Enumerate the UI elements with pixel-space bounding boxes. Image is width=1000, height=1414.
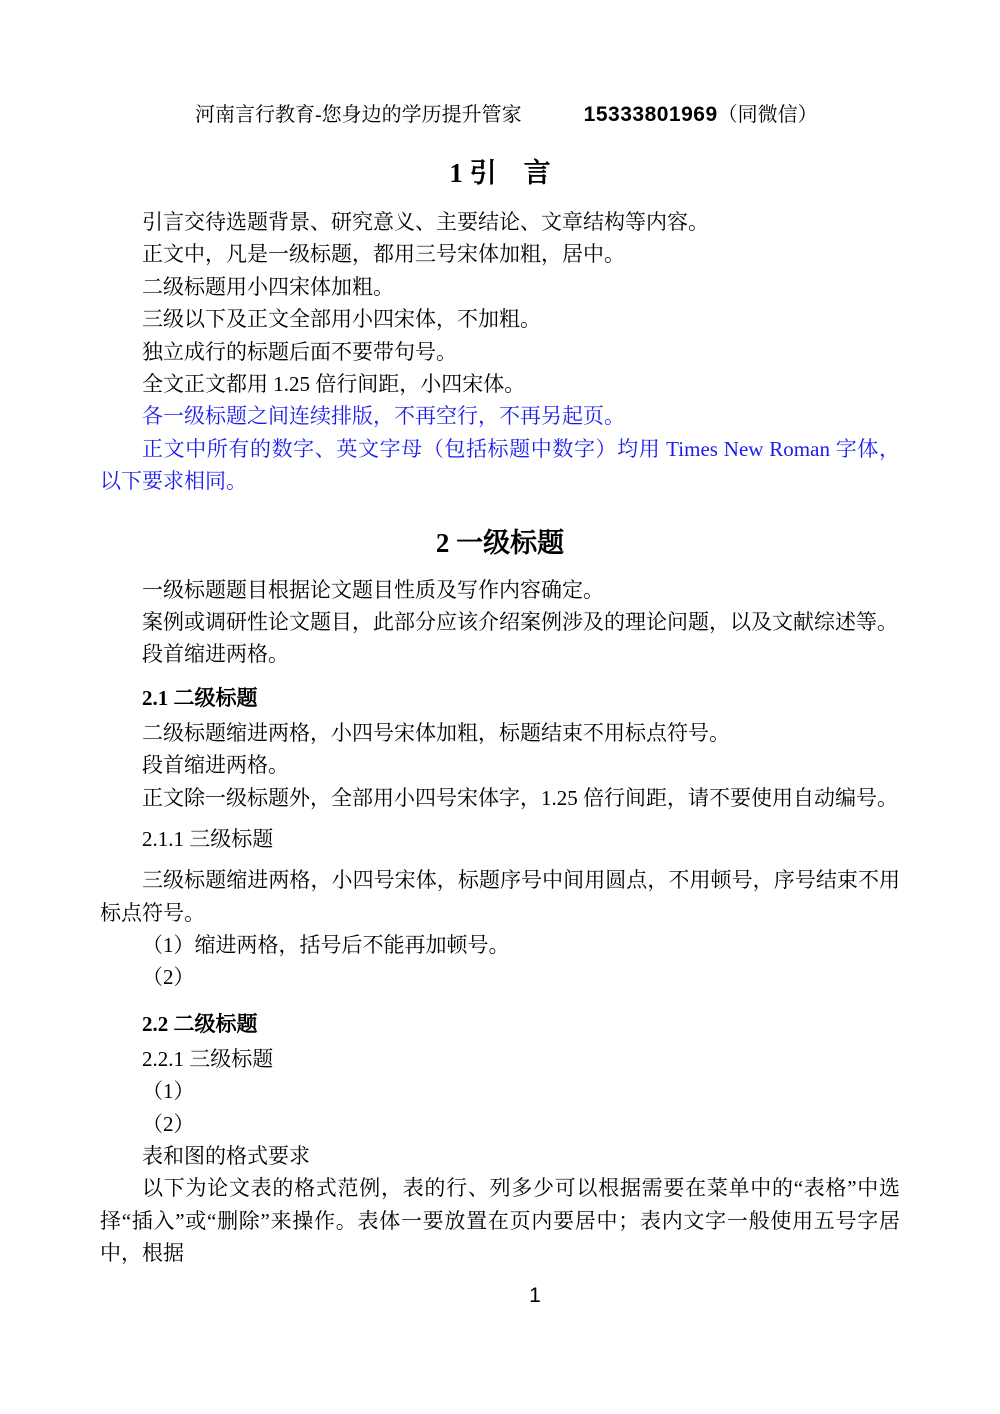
numbered-item-1: （1）缩进两格，括号后不能再加顿号。	[100, 929, 900, 961]
intro-paragraph: 独立成行的标题后面不要带句号。	[100, 336, 900, 368]
numbered-item-2: （2）	[100, 1108, 900, 1140]
intro-paragraph: 二级标题用小四宋体加粗。	[100, 271, 900, 303]
numbered-item-2: （2）	[100, 961, 900, 993]
intro-paragraph: 全文正文都用 1.25 倍行间距，小四宋体。	[100, 368, 900, 400]
table-format-lead-line: 表和图的格式要求	[100, 1140, 900, 1172]
chapter-2-paragraph: 一级标题题目根据论文题目性质及写作内容确定。	[100, 574, 900, 606]
heading-2-2-1: 2.2.1 三级标题	[100, 1043, 900, 1075]
section-2-1-1-paragraph: 三级标题缩进两格，小四号宋体，标题序号中间用圆点，不用顿号，序号结束不用标点符号…	[100, 864, 900, 929]
chapter-2-paragraph: 段首缩进两格。	[100, 638, 900, 670]
chapter-2-title: 2 一级标题	[100, 526, 900, 560]
intro-paragraph: 三级以下及正文全部用小四宋体，不加粗。	[100, 303, 900, 335]
section-2-1-paragraph: 段首缩进两格。	[100, 749, 900, 781]
intro-paragraph: 引言交待选题背景、研究意义、主要结论、文章结构等内容。	[100, 206, 900, 238]
blue-note-paragraph: 正文中所有的数字、英文字母（包括标题中数字）均用 Times New Roman…	[100, 433, 900, 498]
page-number: 1	[100, 1284, 900, 1308]
header-phone-note: （同微信）	[718, 102, 818, 128]
header-phone-number: 15333801969	[584, 102, 718, 128]
blue-note-paragraph: 各一级标题之间连续排版，不再空行，不再另起页。	[100, 400, 900, 432]
section-2-1-paragraph: 正文除一级标题外，全部用小四号宋体字，1.25 倍行间距，请不要使用自动编号。	[100, 782, 900, 814]
chapter-1-title: 1 引 言	[100, 156, 900, 190]
heading-2-1: 2.1 二级标题	[100, 683, 900, 713]
numbered-item-1: （1）	[100, 1075, 900, 1107]
page-header: 河南言行教育-您身边的学历提升管家 15333801969 （同微信）	[100, 102, 900, 128]
document-page: 河南言行教育-您身边的学历提升管家 15333801969 （同微信） 1 引 …	[0, 0, 1000, 1414]
heading-2-2: 2.2 二级标题	[100, 1009, 900, 1039]
heading-2-1-1: 2.1.1 三级标题	[100, 824, 900, 854]
header-brand-text: 河南言行教育-您身边的学历提升管家	[195, 102, 522, 128]
chapter-2-paragraph: 案例或调研性论文题目，此部分应该介绍案例涉及的理论问题，以及文献综述等。	[100, 606, 900, 638]
intro-paragraph: 正文中，凡是一级标题，都用三号宋体加粗，居中。	[100, 238, 900, 270]
table-format-paragraph: 以下为论文表的格式范例，表的行、列多少可以根据需要在菜单中的“表格”中选择“插入…	[100, 1172, 900, 1269]
section-2-1-paragraph: 二级标题缩进两格，小四号宋体加粗，标题结束不用标点符号。	[100, 717, 900, 749]
